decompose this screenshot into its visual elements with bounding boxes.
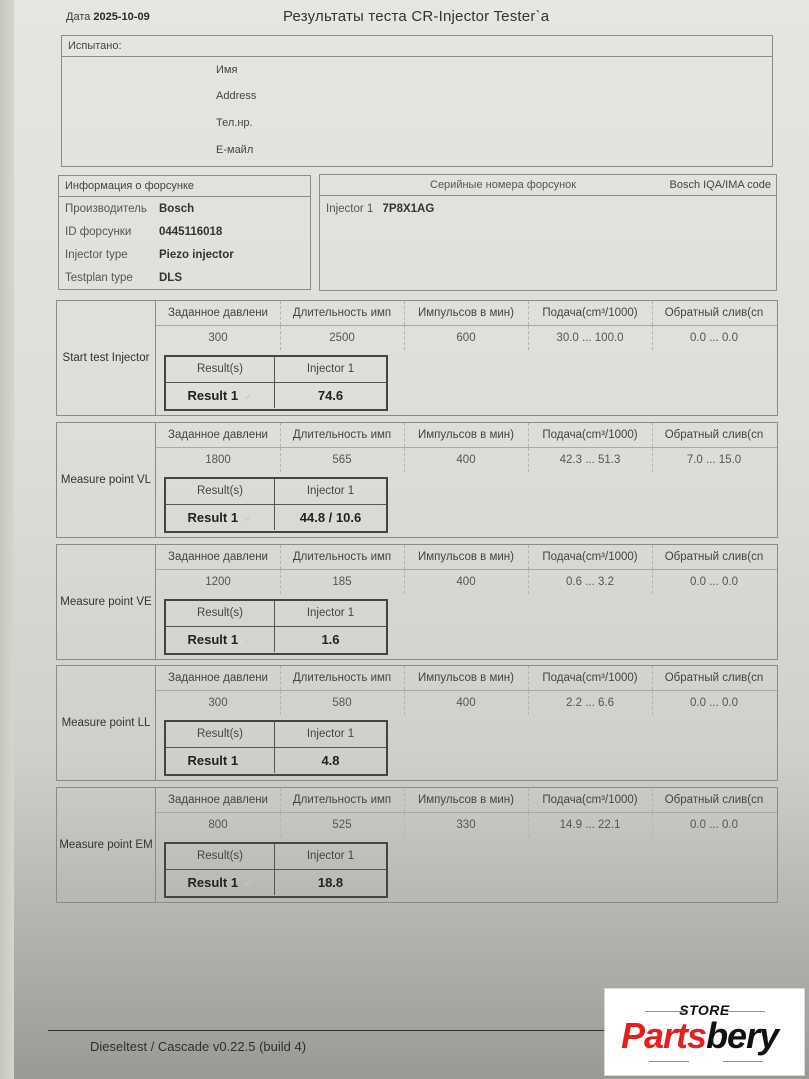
param-header: Длительность имп xyxy=(280,788,405,812)
param-value: 300 xyxy=(156,691,281,715)
check-icon: ✓ xyxy=(244,636,252,647)
test-params: Заданное давлениДлительность импИмпульсо… xyxy=(156,666,777,715)
test-params: Заданное давлениДлительность импИмпульсо… xyxy=(156,423,777,472)
param-value: 185 xyxy=(280,570,405,594)
result-label: Result 1 xyxy=(188,388,239,403)
param-header: Обратный слив(cn xyxy=(652,666,776,690)
param-value: 600 xyxy=(404,326,529,350)
test-name: Measure point LL xyxy=(57,666,156,780)
param-value-row: 12001854000.6 ... 3.20.0 ... 0.0 xyxy=(156,570,777,594)
injector-info-section: Информация о форсунке Производитель Bosc… xyxy=(58,175,311,290)
info-value: Bosch xyxy=(159,203,194,215)
result-label: Result 1 xyxy=(188,510,239,525)
iqa-code-heading: Bosch IQA/IMA code xyxy=(670,175,772,195)
param-value: 0.0 ... 0.0 xyxy=(652,570,776,594)
test-block: Start test InjectorЗаданное давлениДлите… xyxy=(56,300,778,416)
logo-brand-black: bery xyxy=(706,1015,778,1056)
serial-heading: Серийные номера форсунок xyxy=(430,175,576,195)
param-header: Обратный слив(cn xyxy=(652,788,776,812)
logo-line xyxy=(723,1061,763,1062)
footer-divider xyxy=(48,1030,648,1031)
logo-brand-red: Parts xyxy=(621,1015,706,1056)
logo-brand: Partsbery xyxy=(621,1015,778,1057)
check-icon: ✓ xyxy=(244,879,252,890)
info-row-testplan-type: Testplan type DLS xyxy=(65,272,133,284)
param-header: Обратный слив(cn xyxy=(652,545,776,569)
watermark-logo: STORE Partsbery xyxy=(604,988,805,1076)
test-name: Start test Injector xyxy=(57,301,156,415)
result-table: Result(s)Injector 1Result 1✓4.8 xyxy=(164,720,388,776)
param-value: 400 xyxy=(404,691,529,715)
param-value: 580 xyxy=(280,691,405,715)
param-header: Подача(cm³/1000) xyxy=(528,301,653,325)
test-block: Measure point VLЗаданное давлениДлительн… xyxy=(56,422,778,538)
param-value-row: 3005804002.2 ... 6.60.0 ... 0.0 xyxy=(156,691,777,715)
param-value-row: 80052533014.9 ... 22.10.0 ... 0.0 xyxy=(156,813,777,837)
param-value: 0.0 ... 0.0 xyxy=(652,813,776,837)
check-icon: ✓ xyxy=(244,514,252,525)
email-label: E-майл xyxy=(216,144,253,156)
param-value-row: 300250060030.0 ... 100.00.0 ... 0.0 xyxy=(156,326,777,350)
result-row-label: Result 1✓ xyxy=(166,748,275,773)
param-header: Длительность имп xyxy=(280,423,405,447)
param-value: 330 xyxy=(404,813,529,837)
result-header-label: Result(s) xyxy=(166,722,275,748)
tested-section: Испытано: Имя Address Тел.нр. E-майл xyxy=(61,35,773,167)
param-header: Заданное давлени xyxy=(156,301,281,325)
result-row-label: Result 1✓ xyxy=(166,627,275,652)
param-header: Подача(cm³/1000) xyxy=(528,545,653,569)
check-icon: ✓ xyxy=(244,757,252,768)
test-block: Measure point EMЗаданное давлениДлительн… xyxy=(56,787,778,903)
param-header-row: Заданное давлениДлительность импИмпульсо… xyxy=(156,545,777,570)
info-value: Piezo injector xyxy=(159,249,234,261)
result-header-label: Result(s) xyxy=(166,479,275,505)
result-label: Result 1 xyxy=(188,753,239,768)
param-header: Обратный слив(cn xyxy=(652,423,776,447)
param-value: 30.0 ... 100.0 xyxy=(528,326,653,350)
param-header: Подача(cm³/1000) xyxy=(528,666,653,690)
param-header: Заданное давлени xyxy=(156,788,281,812)
param-value: 400 xyxy=(404,448,529,472)
address-label: Address xyxy=(216,90,256,102)
result-table: Result(s)Injector 1Result 1✓1.6 xyxy=(164,599,388,655)
param-value: 14.9 ... 22.1 xyxy=(528,813,653,837)
result-row-label: Result 1✓ xyxy=(166,870,275,895)
result-value: 74.6 xyxy=(275,383,386,408)
info-row-injector-type: Injector type Piezo injector xyxy=(65,249,128,261)
result-header-label: Result(s) xyxy=(166,601,275,627)
result-value: 18.8 xyxy=(275,870,386,895)
serial-label: Injector 1 xyxy=(326,203,373,215)
result-row-label: Result 1✓ xyxy=(166,505,275,530)
info-label: ID форсунки xyxy=(65,226,131,238)
test-params: Заданное давлениДлительность импИмпульсо… xyxy=(156,545,777,594)
info-value: DLS xyxy=(159,272,182,284)
logo-line xyxy=(649,1061,689,1062)
param-header: Импульсов в мин) xyxy=(404,301,529,325)
result-header-injector: Injector 1 xyxy=(275,844,386,870)
param-header: Подача(cm³/1000) xyxy=(528,788,653,812)
param-header: Импульсов в мин) xyxy=(404,545,529,569)
param-header: Заданное давлени xyxy=(156,423,281,447)
param-header-row: Заданное давлениДлительность импИмпульсо… xyxy=(156,301,777,326)
result-table: Result(s)Injector 1Result 1✓44.8 / 10.6 xyxy=(164,477,388,533)
info-row-manufacturer: Производитель Bosch xyxy=(65,203,147,215)
param-value: 525 xyxy=(280,813,405,837)
info-label: Injector type xyxy=(65,249,128,261)
serial-heading-row: Серийные номера форсунок Bosch IQA/IMA c… xyxy=(320,175,776,196)
test-name: Measure point VL xyxy=(57,423,156,537)
test-block: Measure point VEЗаданное давлениДлительн… xyxy=(56,544,778,660)
date-label: Дата xyxy=(66,11,90,23)
param-value: 800 xyxy=(156,813,281,837)
param-header-row: Заданное давлениДлительность импИмпульсо… xyxy=(156,666,777,691)
param-header: Импульсов в мин) xyxy=(404,666,529,690)
param-header: Заданное давлени xyxy=(156,666,281,690)
result-header-injector: Injector 1 xyxy=(275,601,386,627)
result-header-label: Result(s) xyxy=(166,844,275,870)
test-params: Заданное давлениДлительность импИмпульсо… xyxy=(156,788,777,837)
serial-item: Injector 1 7P8X1AG xyxy=(326,203,434,215)
param-value: 2500 xyxy=(280,326,405,350)
info-label: Производитель xyxy=(65,203,147,215)
result-label: Result 1 xyxy=(188,632,239,647)
param-value: 0.6 ... 3.2 xyxy=(528,570,653,594)
param-value: 1800 xyxy=(156,448,281,472)
test-name: Measure point EM xyxy=(57,788,156,902)
serial-value: 7P8X1AG xyxy=(383,203,435,215)
check-icon: ✓ xyxy=(244,392,252,403)
param-header: Длительность имп xyxy=(280,666,405,690)
test-block: Measure point LLЗаданное давлениДлительн… xyxy=(56,665,778,781)
param-value: 1200 xyxy=(156,570,281,594)
param-value: 400 xyxy=(404,570,529,594)
result-header-label: Result(s) xyxy=(166,357,275,383)
param-header: Импульсов в мин) xyxy=(404,788,529,812)
param-value: 42.3 ... 51.3 xyxy=(528,448,653,472)
param-header: Обратный слив(cn xyxy=(652,301,776,325)
page-edge xyxy=(0,0,14,1079)
param-value: 7.0 ... 15.0 xyxy=(652,448,776,472)
result-header-injector: Injector 1 xyxy=(275,722,386,748)
param-header: Подача(cm³/1000) xyxy=(528,423,653,447)
param-value: 2.2 ... 6.6 xyxy=(528,691,653,715)
serial-numbers-section: Серийные номера форсунок Bosch IQA/IMA c… xyxy=(319,174,777,291)
param-header-row: Заданное давлениДлительность импИмпульсо… xyxy=(156,423,777,448)
footer-version: Dieseltest / Cascade v0.22.5 (build 4) xyxy=(90,1039,306,1054)
param-header-row: Заданное давлениДлительность импИмпульсо… xyxy=(156,788,777,813)
param-header: Заданное давлени xyxy=(156,545,281,569)
result-table: Result(s)Injector 1Result 1✓18.8 xyxy=(164,842,388,898)
param-header: Длительность имп xyxy=(280,301,405,325)
date-value: 2025-10-09 xyxy=(93,11,149,23)
report-date: Дата 2025-10-09 xyxy=(66,11,150,23)
result-header-injector: Injector 1 xyxy=(275,479,386,505)
result-header-injector: Injector 1 xyxy=(275,357,386,383)
tested-heading: Испытано: xyxy=(62,36,772,57)
phone-label: Тел.нр. xyxy=(216,117,253,129)
param-header: Импульсов в мин) xyxy=(404,423,529,447)
info-row-injector-id: ID форсунки 0445116018 xyxy=(65,226,131,238)
result-value: 44.8 / 10.6 xyxy=(275,505,386,530)
injector-info-heading: Информация о форсунке xyxy=(59,176,310,197)
info-value: 0445116018 xyxy=(159,226,222,238)
result-value: 1.6 xyxy=(275,627,386,652)
result-table: Result(s)Injector 1Result 1✓74.6 xyxy=(164,355,388,411)
name-label: Имя xyxy=(216,64,237,76)
info-label: Testplan type xyxy=(65,272,133,284)
param-header: Длительность имп xyxy=(280,545,405,569)
param-value: 0.0 ... 0.0 xyxy=(652,691,776,715)
param-value: 0.0 ... 0.0 xyxy=(652,326,776,350)
page-title: Результаты теста CR-Injector Tester`a xyxy=(283,8,549,25)
result-row-label: Result 1✓ xyxy=(166,383,275,408)
result-label: Result 1 xyxy=(188,875,239,890)
param-value: 565 xyxy=(280,448,405,472)
test-name: Measure point VE xyxy=(57,545,156,659)
param-value: 300 xyxy=(156,326,281,350)
param-value-row: 180056540042.3 ... 51.37.0 ... 15.0 xyxy=(156,448,777,472)
result-value: 4.8 xyxy=(275,748,386,773)
test-params: Заданное давлениДлительность импИмпульсо… xyxy=(156,301,777,350)
